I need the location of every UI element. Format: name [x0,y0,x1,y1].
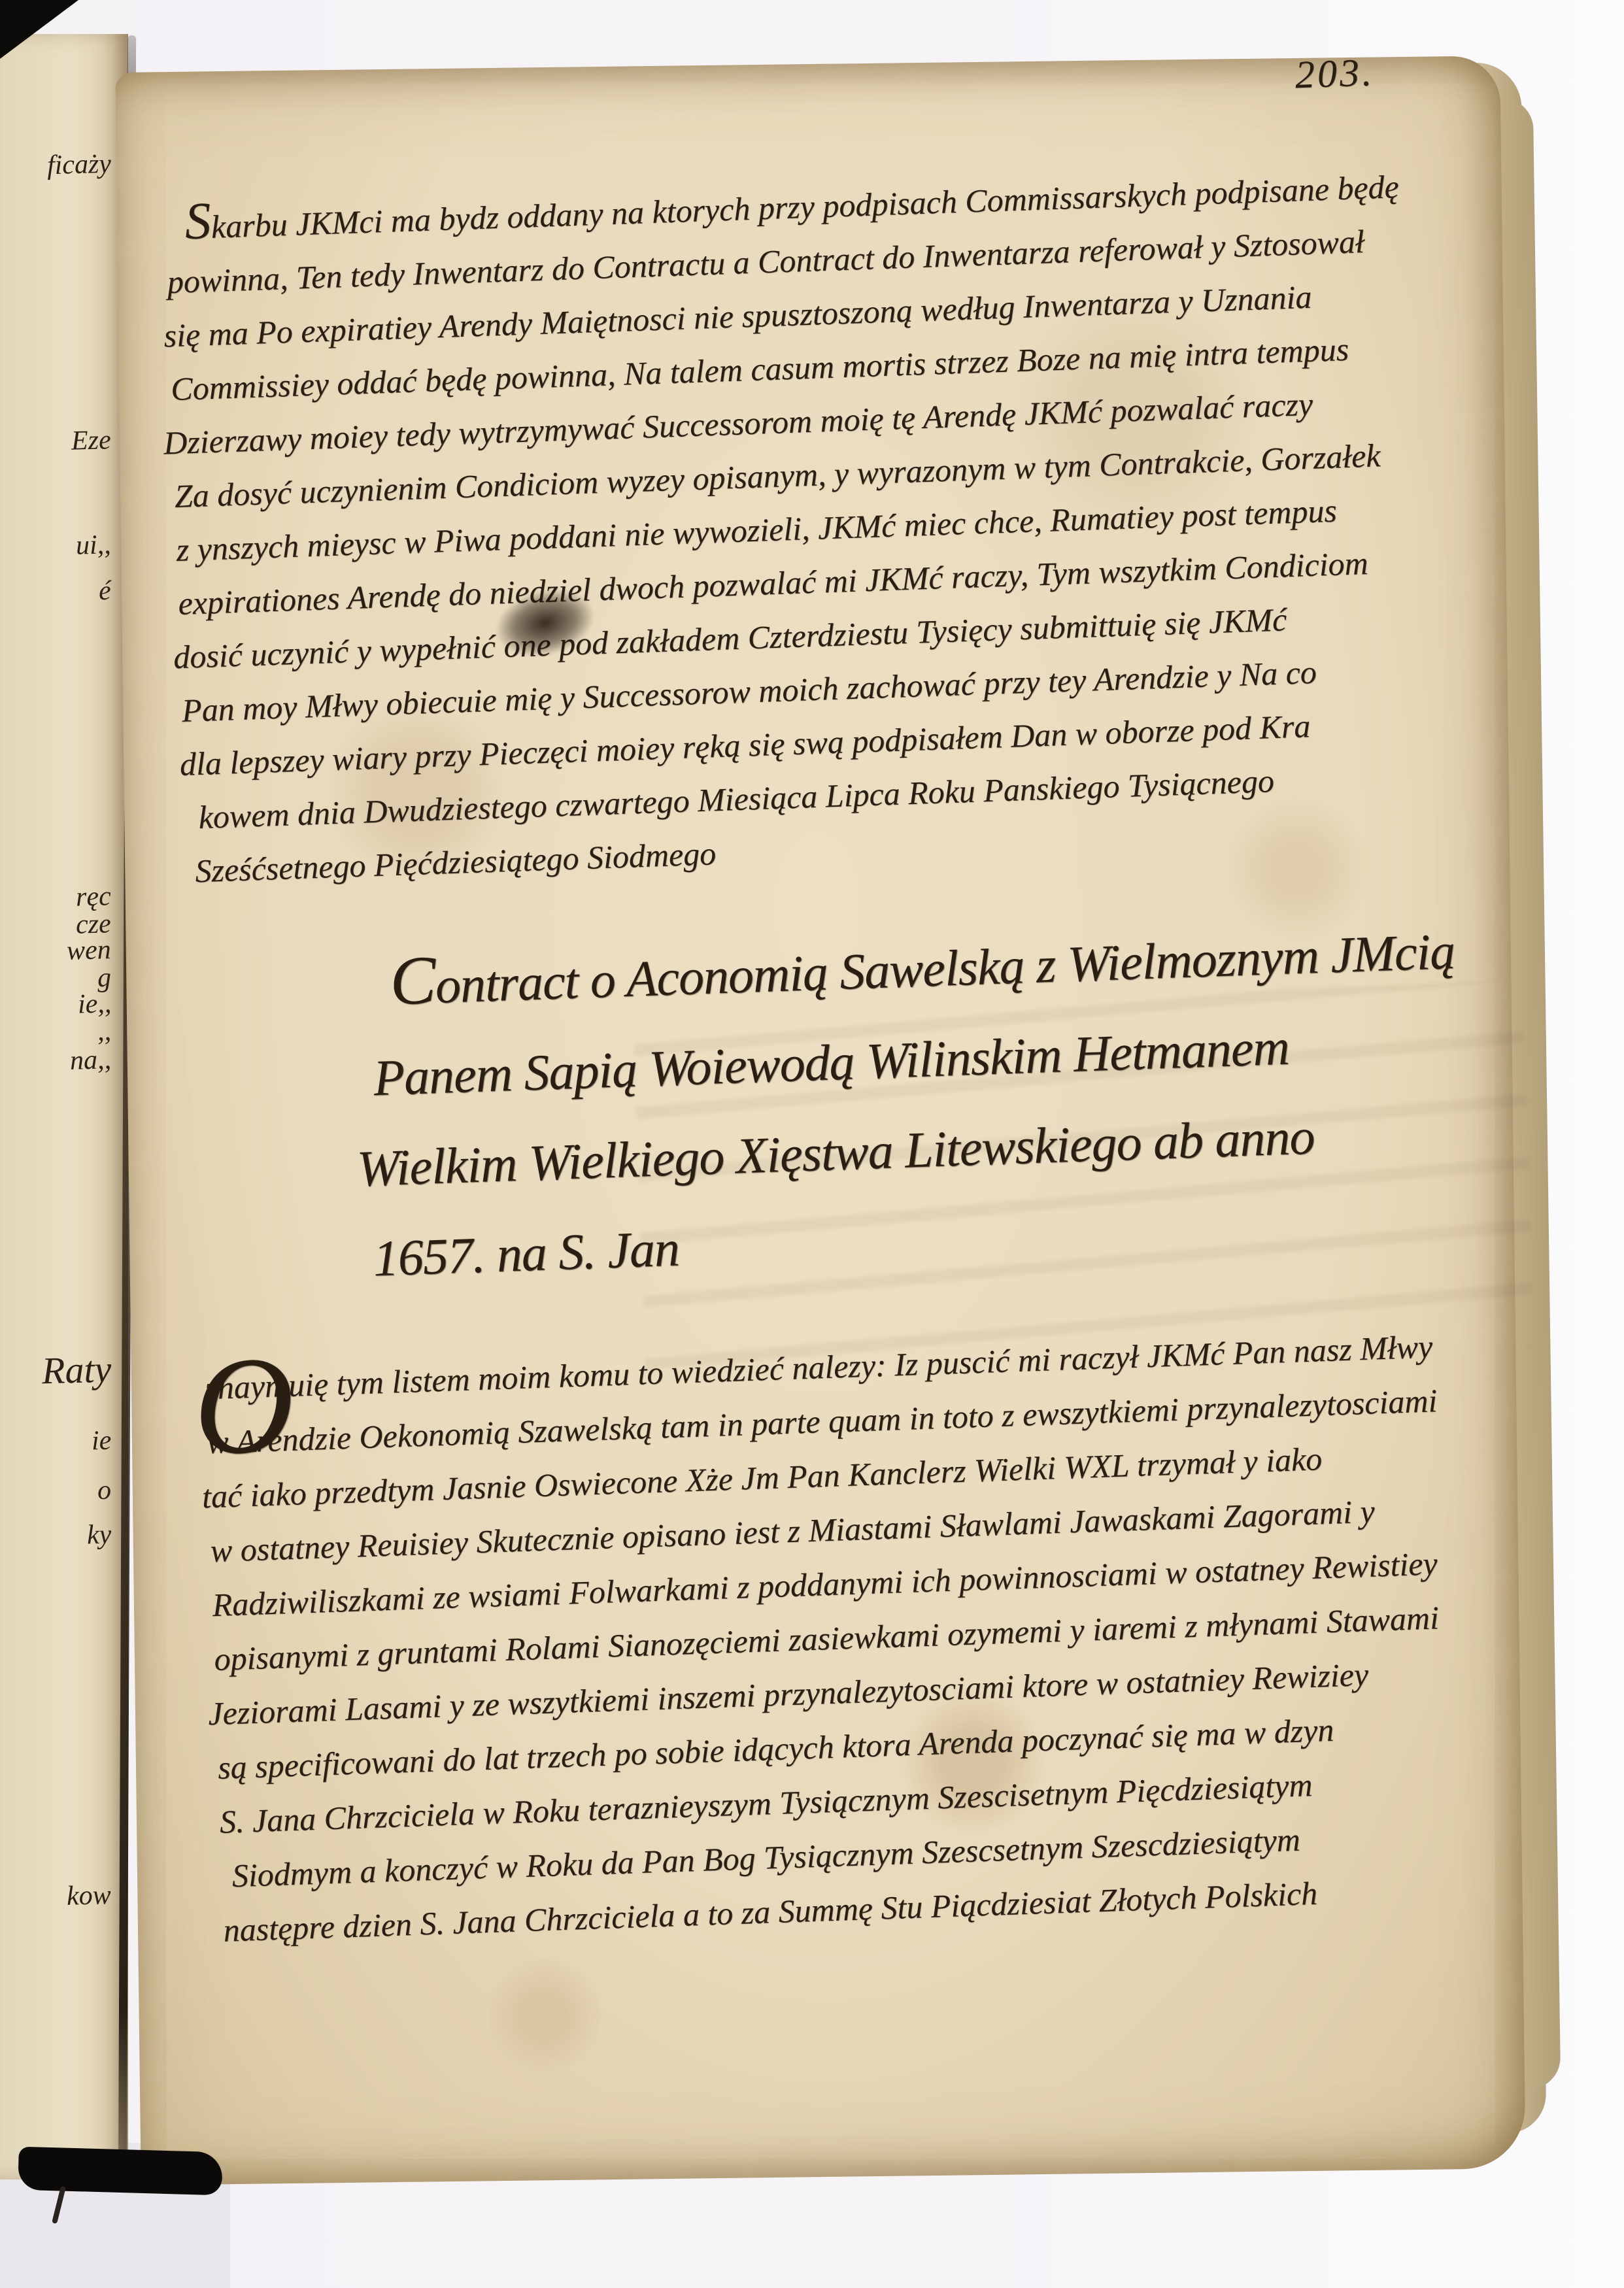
facing-page-text-fragment: ui,, [76,529,112,561]
facing-page-text-fragment: ie [91,1425,112,1457]
facing-page-text-fragment: o [97,1475,111,1507]
facing-page-text-fragment: ky [86,1519,112,1551]
paragraph-1: Skarbu JKMci ma bydz oddany na ktorych p… [164,151,1491,898]
manuscript-page: 203. Skarbu JKMci ma bydz oddany na ktor… [115,56,1525,2185]
facing-page-text-fragment: Raty [41,1347,112,1393]
ink-bleed-through [633,981,1534,1377]
manuscript-scan: ficaży Eze ui,, é ręc cze wen g ie,, ,, … [0,0,1624,2288]
facing-page-text-fragment: na,, [69,1044,111,1077]
binding-shadow [18,2147,223,2196]
paragraph-2: O znaymuię tym listem moim komu to wiedz… [204,1317,1527,1957]
facing-page-text-fragment: ,, [97,1016,111,1048]
drop-cap-initial: O [192,1335,296,1477]
page-number: 203. [1294,50,1375,97]
facing-page-text-fragment: kow [67,1879,112,1912]
